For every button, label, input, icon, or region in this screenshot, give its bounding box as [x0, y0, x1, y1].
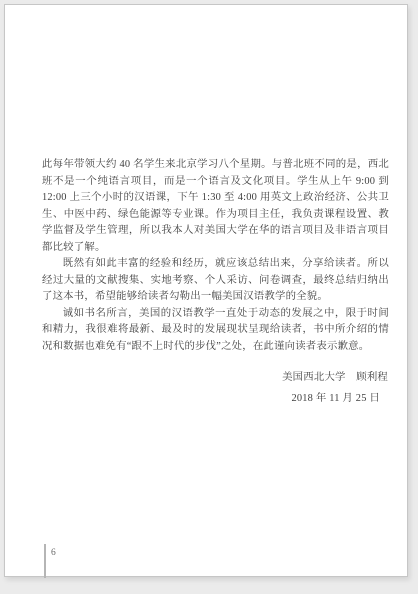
paragraph: 既然有如此丰富的经验和经历，就应该总结出来，分享给读者。所以经过大量的文献搜集、…: [42, 256, 389, 306]
page-number-rule: [44, 544, 46, 578]
signature-line: 美国西北大学 顾利程: [42, 367, 389, 388]
paragraph: 诚如书名所言，美国的汉语教学一直处于动态的发展之中，限于时间和精力，我很难将最新…: [42, 306, 389, 356]
body-text: 此每年带领大约 40 名学生来北京学习八个星期。与普北班不同的是，西北班不是一个…: [42, 157, 389, 409]
page-sheet: 此每年带领大约 40 名学生来北京学习八个星期。与普北班不同的是，西北班不是一个…: [4, 4, 408, 577]
date-line: 2018 年 11 月 25 日: [42, 388, 389, 409]
scanned-book-page-view: { "doc": { "paragraphs": { "0": { "text"…: [0, 0, 418, 594]
paragraph: 此每年带领大约 40 名学生来北京学习八个星期。与普北班不同的是，西北班不是一个…: [42, 157, 389, 256]
signoff-block: 美国西北大学 顾利程 2018 年 11 月 25 日: [42, 367, 389, 409]
page-number: 6: [51, 548, 56, 559]
